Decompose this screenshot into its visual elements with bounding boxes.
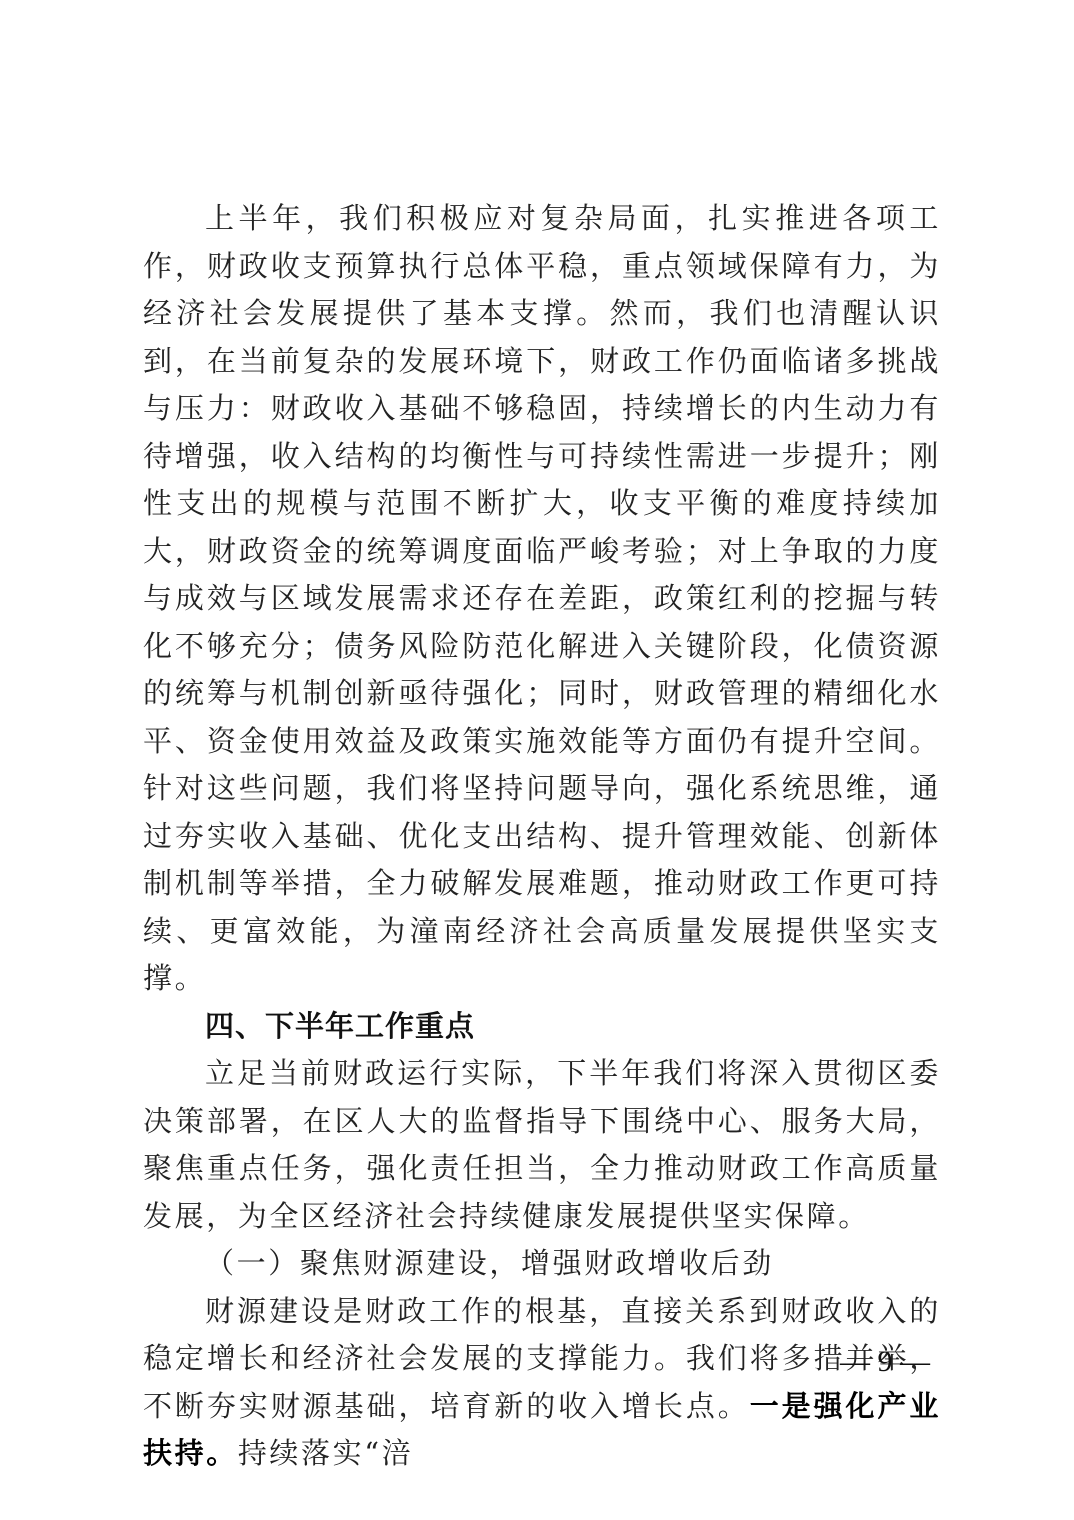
subsection-heading: （一）聚焦财源建设，增强财政增收后劲 [143, 1240, 941, 1288]
paragraph-summary: 上半年，我们积极应对复杂局面，扎实推进各项工作，财政收支预算执行总体平稳，重点领… [143, 195, 941, 1003]
paragraph-text-continued: 持续落实“涪 [238, 1436, 413, 1470]
paragraph-intro: 立足当前财政运行实际，下半年我们将深入贯彻区委决策部署，在区人大的监督指导下围绕… [143, 1050, 941, 1240]
document-page: 上半年，我们积极应对复杂局面，扎实推进各项工作，财政收支预算执行总体平稳，重点领… [143, 195, 941, 1478]
page-number: — 9 — [830, 1345, 940, 1379]
section-heading: 四、下半年工作重点 [143, 1003, 941, 1051]
paragraph-revenue: 财源建设是财政工作的根基，直接关系到财政收入的稳定增长和经济社会发展的支撑能力。… [143, 1288, 941, 1478]
